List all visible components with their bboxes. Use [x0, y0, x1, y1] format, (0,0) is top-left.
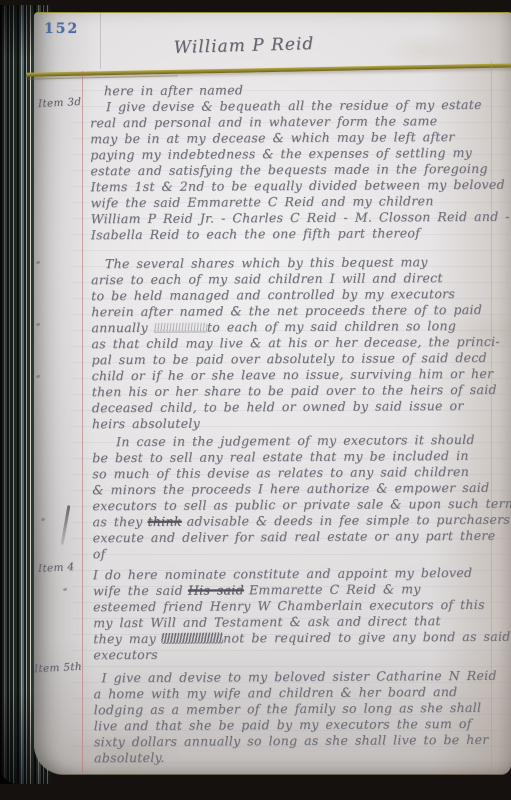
pencil-mark	[36, 322, 41, 326]
page-number: 152	[44, 21, 79, 37]
page-title: William P Reid	[134, 33, 354, 59]
text-line: I do here nominate constitute and appoin…	[93, 565, 506, 584]
pencil-mark	[36, 260, 41, 264]
will-text-body: here in after named I give devise & bequ…	[90, 81, 507, 767]
pencil-stroke	[61, 505, 70, 545]
left-margin-rule	[82, 71, 83, 772]
header-rule	[26, 63, 511, 76]
paper-crease	[100, 13, 101, 69]
margin-note-item-4: Item 4	[38, 561, 75, 575]
struck-out-word: think	[148, 514, 182, 529]
sale-clause: In case in the judgement of my executors…	[92, 432, 506, 563]
margin-note-item-3: Item 3d	[38, 96, 82, 110]
text-line: they maynot be required to give any bond…	[93, 629, 506, 648]
scanned-will-ledger-page: 152 William P Reid Item 3d Item 4 Item 5…	[0, 0, 511, 800]
text-line: Items 1st & 2nd to be equally divided be…	[91, 177, 504, 196]
text-segment: Emmarette C Reid & my	[249, 581, 421, 597]
executors-clause: I do here nominate constitute and appoin…	[93, 565, 507, 664]
ledger-page: 152 William P Reid Item 3d Item 4 Item 5…	[34, 12, 511, 774]
pencil-mark	[63, 587, 68, 591]
scribbled-out-word	[161, 632, 223, 643]
margin-note-item-5: Item 5th	[34, 661, 82, 675]
residue-clause: I give devise & bequeath all the residue…	[90, 97, 504, 244]
text-line: absolutely.	[94, 748, 507, 767]
text-segment: as they	[93, 514, 143, 529]
text-segment: wife the said	[93, 583, 183, 599]
sister-clause: I give and devise to my beloved sister C…	[94, 668, 508, 767]
text-line: William P Reid Jr. - Charles C Reid - M.…	[91, 209, 504, 228]
text-line: I give devise & bequeath all the residue…	[90, 97, 503, 116]
text-segment: to each of my said children so long	[207, 318, 456, 335]
header-rule-minor	[28, 75, 178, 79]
text-segment: annually	[91, 320, 148, 335]
text-line: esteemed friend Henry W Chamberlain exec…	[93, 597, 506, 616]
pencil-mark	[41, 517, 46, 521]
text-line: deceased child, to be held or owned by s…	[92, 398, 505, 417]
scribbled-out-word	[153, 322, 207, 332]
text-segment: they may	[93, 631, 156, 646]
struck-out-word: His said	[188, 582, 244, 597]
text-segment: advisable & deeds in fee simple to purch…	[187, 512, 511, 529]
pencil-mark	[36, 374, 41, 378]
text-line: execute and deliver for said real estate…	[93, 528, 506, 547]
text-line: sixty dollars annually so long as she sh…	[94, 732, 507, 751]
text-segment: not be required to give any bond as said	[223, 629, 511, 646]
shares-clause: The several shares which by this bequest…	[91, 254, 505, 433]
